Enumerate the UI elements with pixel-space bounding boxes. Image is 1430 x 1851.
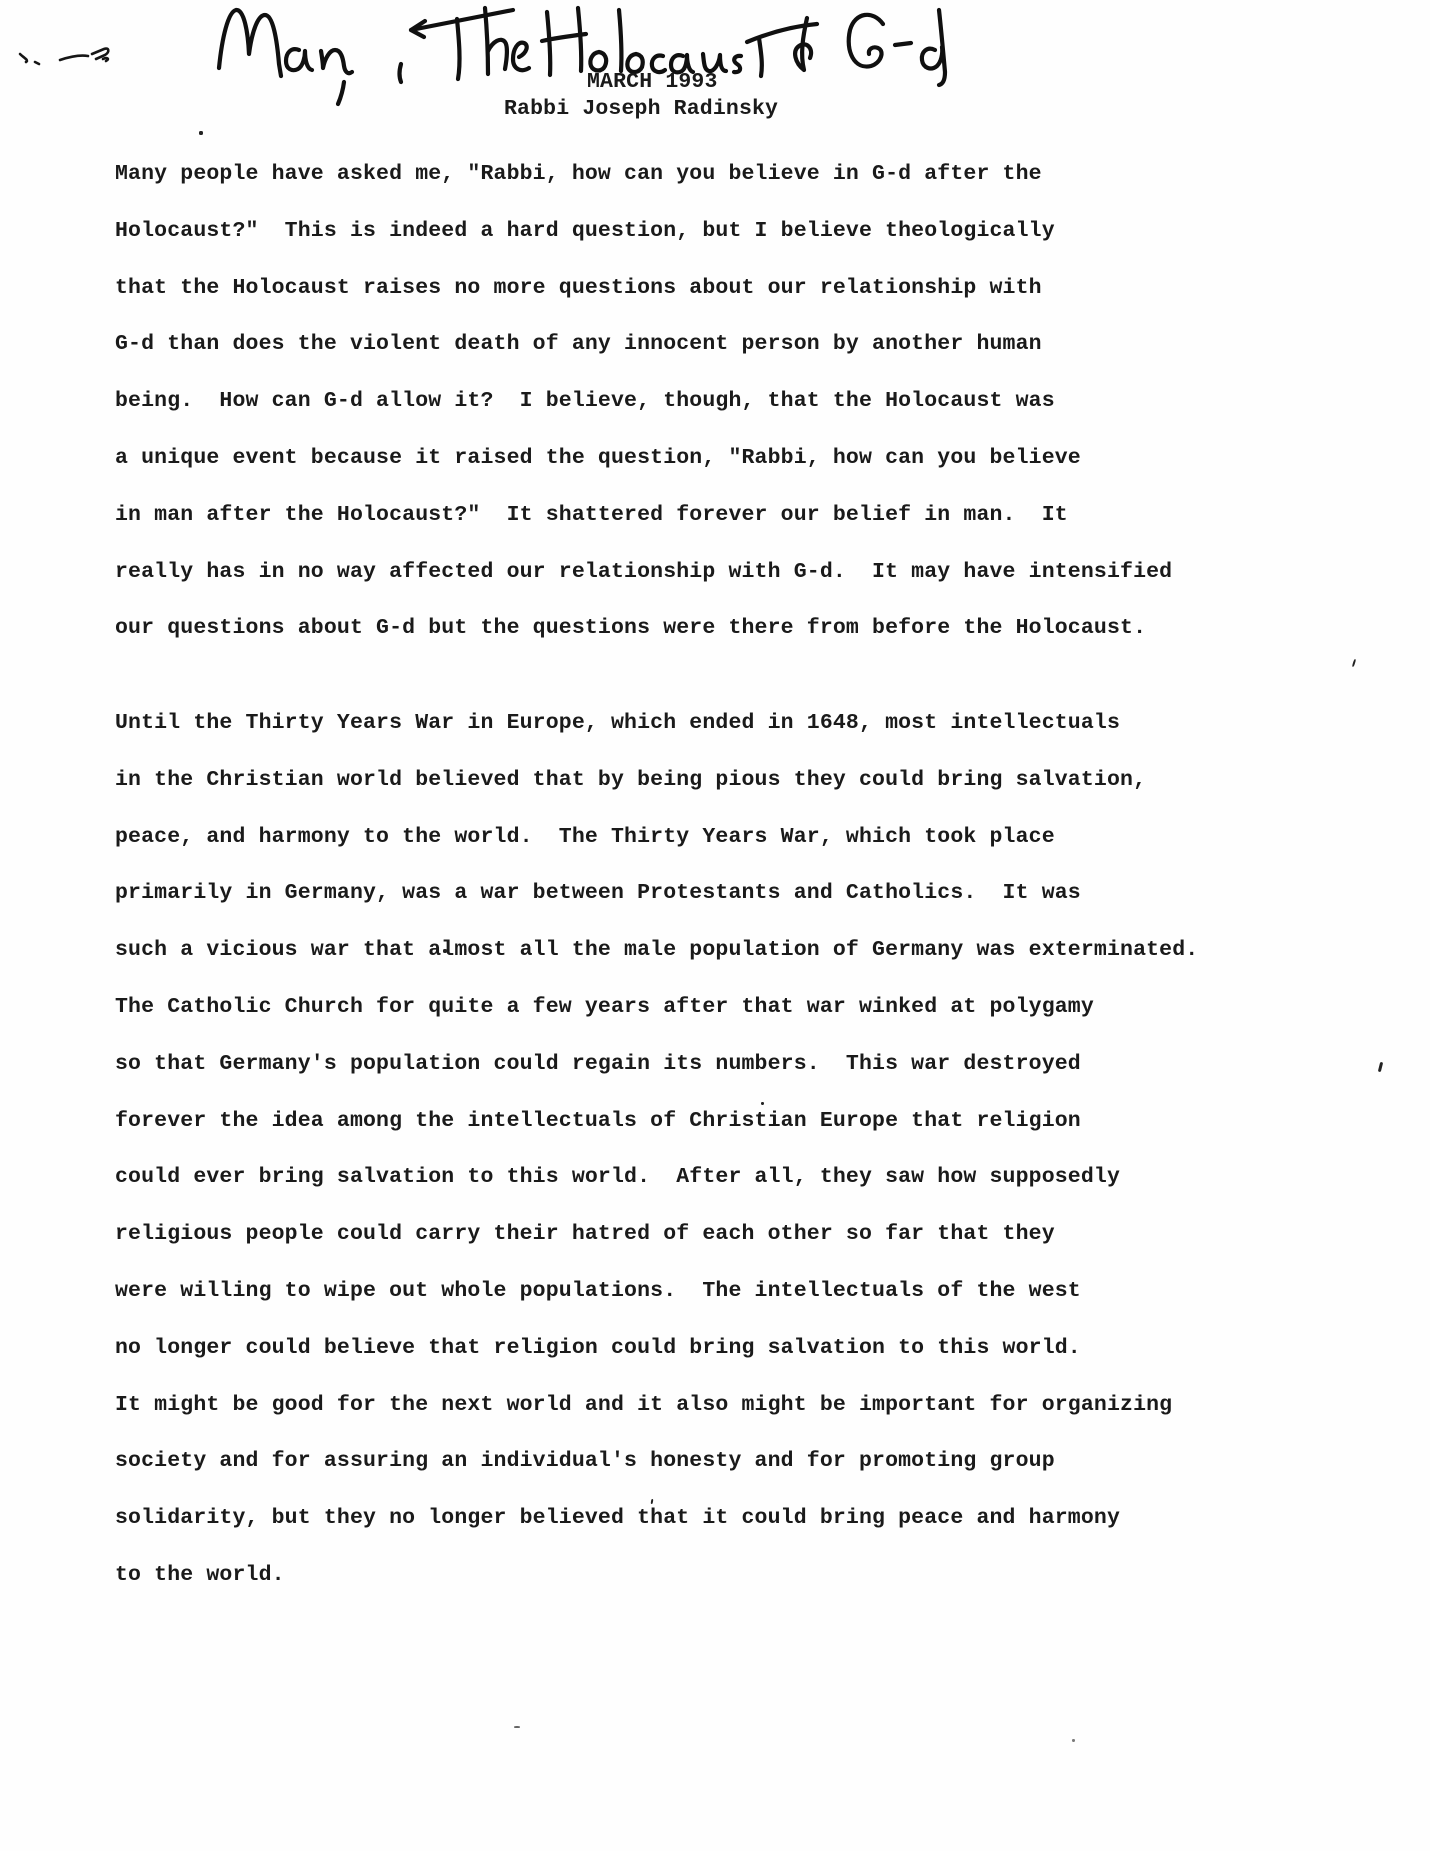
text-line: were willing to wipe out whole populatio…	[115, 1263, 1198, 1320]
text-line: Holocaust?" This is indeed a hard questi…	[115, 203, 1172, 260]
text-line: our questions about G-d but the question…	[115, 600, 1172, 657]
text-line: being. How can G-d allow it? I believe, …	[115, 373, 1172, 430]
scan-speck	[1072, 1739, 1075, 1742]
text-line: society and for assuring an individual's…	[115, 1433, 1198, 1490]
text-line: that the Holocaust raises no more questi…	[115, 260, 1172, 317]
text-line: Until the Thirty Years War in Europe, wh…	[115, 695, 1198, 752]
text-line: really has in no way affected our relati…	[115, 544, 1172, 601]
text-line: solidarity, but they no longer believed …	[115, 1490, 1198, 1547]
scan-speck	[443, 949, 447, 953]
text-line: The Catholic Church for quite a few year…	[115, 979, 1198, 1036]
scan-speck	[1378, 1062, 1383, 1072]
text-line: to the world.	[115, 1547, 1198, 1604]
text-line: It might be good for the next world and …	[115, 1377, 1198, 1434]
paragraph: Until the Thirty Years War in Europe, wh…	[115, 695, 1198, 1604]
text-line: forever the idea among the intellectuals…	[115, 1093, 1198, 1150]
text-line: peace, and harmony to the world. The Thi…	[115, 809, 1198, 866]
text-line: could ever bring salvation to this world…	[115, 1149, 1198, 1206]
scan-speck	[1352, 659, 1356, 667]
paragraph: Many people have asked me, "Rabbi, how c…	[115, 146, 1172, 657]
scan-speck	[514, 1726, 520, 1728]
scan-speck	[761, 1102, 764, 1105]
text-line: in the Christian world believed that by …	[115, 752, 1198, 809]
text-line: such a vicious war that almost all the m…	[115, 922, 1198, 979]
date-line: MARCH 1993	[587, 72, 718, 94]
text-line: in man after the Holocaust?" It shattere…	[115, 487, 1172, 544]
scan-speck	[199, 131, 203, 135]
text-line: so that Germany's population could regai…	[115, 1036, 1198, 1093]
handwritten-title	[195, 0, 965, 112]
text-line: a unique event because it raised the que…	[115, 430, 1172, 487]
text-line: religious people could carry their hatre…	[115, 1206, 1198, 1263]
text-line: no longer could believe that religion co…	[115, 1320, 1198, 1377]
text-line: G-d than does the violent death of any i…	[115, 316, 1172, 373]
text-line: primarily in Germany, was a war between …	[115, 865, 1198, 922]
author-line: Rabbi Joseph Radinsky	[504, 99, 778, 121]
document-page: MARCH 1993 Rabbi Joseph Radinsky Many pe…	[0, 0, 1430, 1851]
text-line: Many people have asked me, "Rabbi, how c…	[115, 146, 1172, 203]
ink-smudge	[8, 38, 208, 78]
